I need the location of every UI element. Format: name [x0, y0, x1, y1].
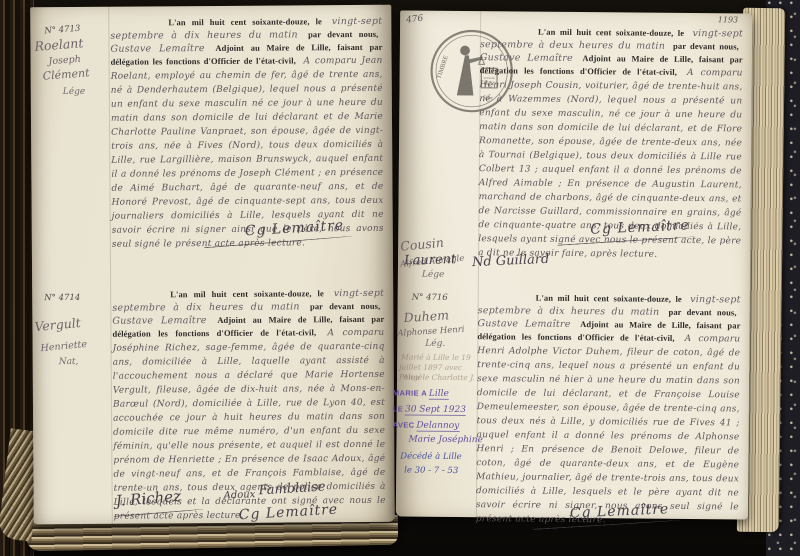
stamp-value-date: 30 Sept 1923 — [405, 405, 466, 417]
act-4715-text: L'an mil huit cent soixante-douze, le vi… — [478, 25, 743, 262]
act-4715: Cousin Alfred Aimable Lége L'an mil huit… — [398, 24, 752, 285]
death-note-2: le 30 - 7 - 53 — [404, 465, 458, 477]
act-4714-margin: N° 4714 Vergult Henriette Nat, — [34, 289, 112, 522]
printed-opening: L'an mil huit cent soixante-douze, le — [538, 27, 684, 38]
marriage-stamp-line-3: AVEC Delannoy — [393, 418, 460, 433]
marriage-stamp-line-1: MARIE A Lille — [393, 386, 449, 400]
signature-witness1: Adoux — [223, 489, 255, 501]
marriage-stamp-line-4: Marie Joséphine — [408, 433, 483, 448]
margin-surname: Roelant — [34, 35, 84, 54]
margin-firstname: Alphonse Henri — [397, 325, 465, 339]
act-4715-margin: Cousin Alfred Aimable Lége — [400, 24, 478, 283]
margin-firstname: Joseph — [48, 54, 81, 67]
register-photo: N° 4713 Roelant Joseph Clément Lége L'an… — [0, 0, 800, 556]
margin-status: Lége — [422, 270, 444, 280]
printed-devant: par devant nous, — [310, 301, 380, 311]
act-number: N° 4713 — [44, 24, 81, 37]
margin-status: Lég. — [425, 339, 445, 349]
stamp-value-spouse-2: Marie Joséphine — [408, 435, 483, 446]
act-4716-text: L'an mil huit cent soixante-douze, le vi… — [476, 291, 741, 528]
printed-opening: L'an mil huit cent soixante-douze, le — [168, 16, 322, 27]
act-4713-text: L'an mil huit cent soixante-douze, le vi… — [110, 15, 384, 252]
hand-officiant: Gustave Lemaître — [477, 318, 570, 330]
signature-witness2: Nd Guillard — [472, 252, 550, 270]
stamp-value-spouse: Delannoy — [416, 421, 459, 432]
printed-devant: par devant nous, — [308, 29, 378, 39]
act-4714-text: L'an mil huit cent soixante-douze, le vi… — [112, 287, 386, 524]
faded-marriage-note-3: Angèle Charlotte J. — [403, 373, 475, 384]
hand-officiant: Gustave Lemaître — [480, 52, 573, 64]
act-4713: N° 4713 Roelant Joseph Clément Lége L'an… — [30, 15, 393, 286]
faded-marriage-note-1: Marié à Lille le 19 — [401, 352, 471, 363]
page-number: 1193 — [718, 15, 738, 24]
margin-status: Lége — [63, 87, 85, 97]
hand-officiant: Gustave Lemaître — [110, 43, 204, 55]
hand-body: A comparu Henri Adolphe Victor Duhem, fi… — [476, 334, 741, 525]
act-4716: N° 4716 Duhem Alphonse Henri Lég. Marié … — [396, 290, 750, 515]
stamp-word-le: LE — [393, 404, 403, 413]
signature-witness1: Laurent — [404, 252, 457, 268]
margin-surname: Vergult — [34, 315, 82, 334]
act-number: N° 4714 — [44, 293, 80, 303]
printed-opening: L'an mil huit cent soixante-douze, le — [536, 293, 682, 304]
act-4714: N° 4714 Vergult Henriette Nat, L'an mil … — [32, 287, 395, 522]
act-4716-margin: N° 4716 Duhem Alphonse Henri Lég. Marié … — [398, 290, 476, 513]
stamp-word-avec: AVEC — [393, 420, 415, 429]
margin-surname: Cousin — [400, 235, 445, 254]
death-note-1: Décédé à Lille — [400, 450, 462, 463]
margin-firstname-2: Clément — [42, 66, 90, 83]
right-page: 476 1193 TIMBRE 1872 50 c Cousin — [396, 10, 752, 519]
printed-devant: par devant nous, — [668, 307, 736, 318]
printed-devant: par devant nous, — [673, 41, 739, 52]
hand-officiant: Gustave Lemaître — [112, 315, 206, 327]
printed-opening: L'an mil huit cent soixante-douze, le — [170, 288, 324, 299]
left-page: N° 4713 Roelant Joseph Clément Lége L'an… — [30, 5, 395, 525]
act-4713-margin: N° 4713 Roelant Joseph Clément Lége — [32, 17, 110, 286]
margin-firstname: Henriette — [40, 339, 87, 354]
stamp-value-city: Lille — [429, 389, 449, 400]
stamp-word-marie: MARIE A — [393, 388, 427, 397]
margin-surname: Duhem — [403, 307, 449, 325]
act-number: N° 4716 — [412, 293, 448, 303]
margin-status: Nat, — [59, 357, 79, 367]
marriage-stamp-line-2: LE 30 Sept 1923 — [393, 402, 466, 417]
